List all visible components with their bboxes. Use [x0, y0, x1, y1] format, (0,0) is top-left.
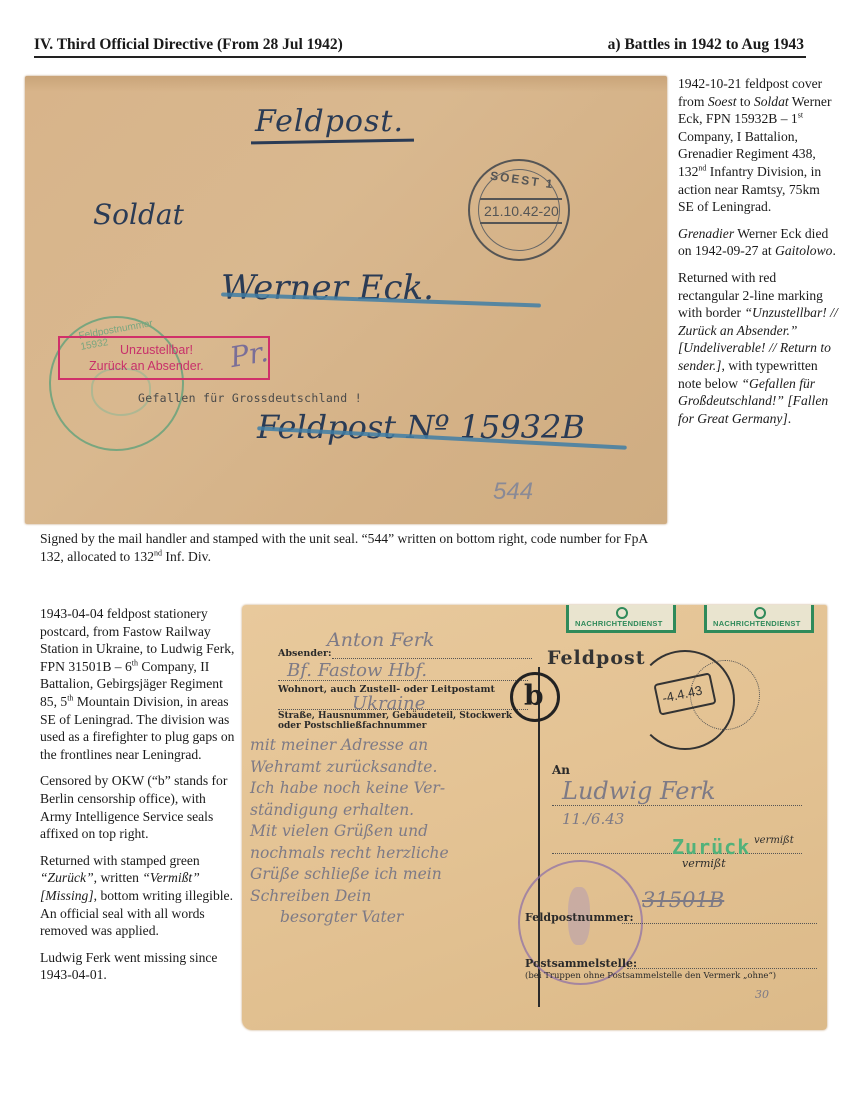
- postcard-desc-p2: Censored by OKW (“b” stands for Berlin c…: [40, 772, 235, 842]
- written-missing: vermißt: [754, 835, 794, 846]
- postcard-desc-p3: Returned with stamped green “Zurück”, wr…: [40, 852, 235, 940]
- nachrichtendienst-stamp: NACHRICHTENDIENST: [566, 605, 676, 633]
- cover-heading: Feldpost.: [255, 104, 404, 139]
- emblem-icon: [616, 607, 628, 619]
- postcard-title: Feldpost: [547, 647, 645, 669]
- fpn-label: Feldpostnummer:: [525, 911, 634, 924]
- cover-desc-p3: Returned with red rectangular 2-line mar…: [678, 269, 838, 427]
- pencil-corner: 30: [755, 988, 769, 1001]
- postcard-description: 1943-04-04 feldpost stationery postcard,…: [40, 605, 235, 993]
- sender-label: Absender:: [278, 648, 332, 659]
- pencil-code: 544: [493, 478, 533, 506]
- zuruck-stamp: Zurück: [672, 835, 750, 859]
- street-label: Straße, Hausnummer, Gebäudeteil, Stockwe…: [278, 711, 528, 731]
- recipient-name: Ludwig Ferk: [562, 777, 716, 805]
- subsection-title: a) Battles in 1942 to Aug 1943: [608, 36, 804, 54]
- feldpost-cover-image: Feldpost. SOEST 1 21.10.42-20 Soldat Wer…: [25, 76, 667, 524]
- written-note: vermißt: [682, 857, 726, 870]
- page-header: IV. Third Official Directive (From 28 Ju…: [34, 34, 806, 58]
- pencil-date: 11./6.43: [562, 810, 624, 828]
- typed-note: Gefallen für Grossdeutschland !: [138, 391, 362, 405]
- handwritten-message: mit meiner Adresse an Wehramt zurücksand…: [250, 735, 530, 929]
- cover-desc-p2: Grenadier Werner Eck died on 1942-09-27 …: [678, 225, 838, 260]
- collection-label: Postsammelstelle:: [525, 957, 637, 970]
- postcard-desc-p4: Ludwig Ferk went missing since 1943-04-0…: [40, 949, 235, 984]
- fpn-value: 31501B: [642, 888, 724, 912]
- addressee-title: Soldat: [93, 198, 184, 231]
- emblem-icon: [754, 607, 766, 619]
- soest-postmark: SOEST 1 21.10.42-20: [468, 159, 570, 261]
- cover-description: 1942-10-21 feldpost cover from Soest to …: [678, 75, 838, 436]
- cover-caption: Signed by the mail handler and stamped w…: [40, 530, 660, 565]
- feldpost-postcard-image: NACHRICHTENDIENST NACHRICHTENDIENST Feld…: [242, 605, 827, 1030]
- sender-name: Anton Ferk: [327, 629, 434, 651]
- censor-mark: b: [510, 672, 560, 722]
- sender-place: Bf. Fastow Hbf.: [287, 660, 427, 681]
- to-label: An: [552, 763, 570, 777]
- postcard-desc-p1: 1943-04-04 feldpost stationery postcard,…: [40, 605, 235, 763]
- collection-note: (bei Truppen ohne Postsammelstelle den V…: [525, 971, 776, 981]
- section-title: IV. Third Official Directive (From 28 Ju…: [34, 36, 343, 54]
- torn-edge: [25, 76, 667, 92]
- nachrichtendienst-stamp: NACHRICHTENDIENST: [704, 605, 814, 633]
- handler-signature: Pr.: [227, 335, 270, 374]
- cover-desc-p1: 1942-10-21 feldpost cover from Soest to …: [678, 75, 838, 216]
